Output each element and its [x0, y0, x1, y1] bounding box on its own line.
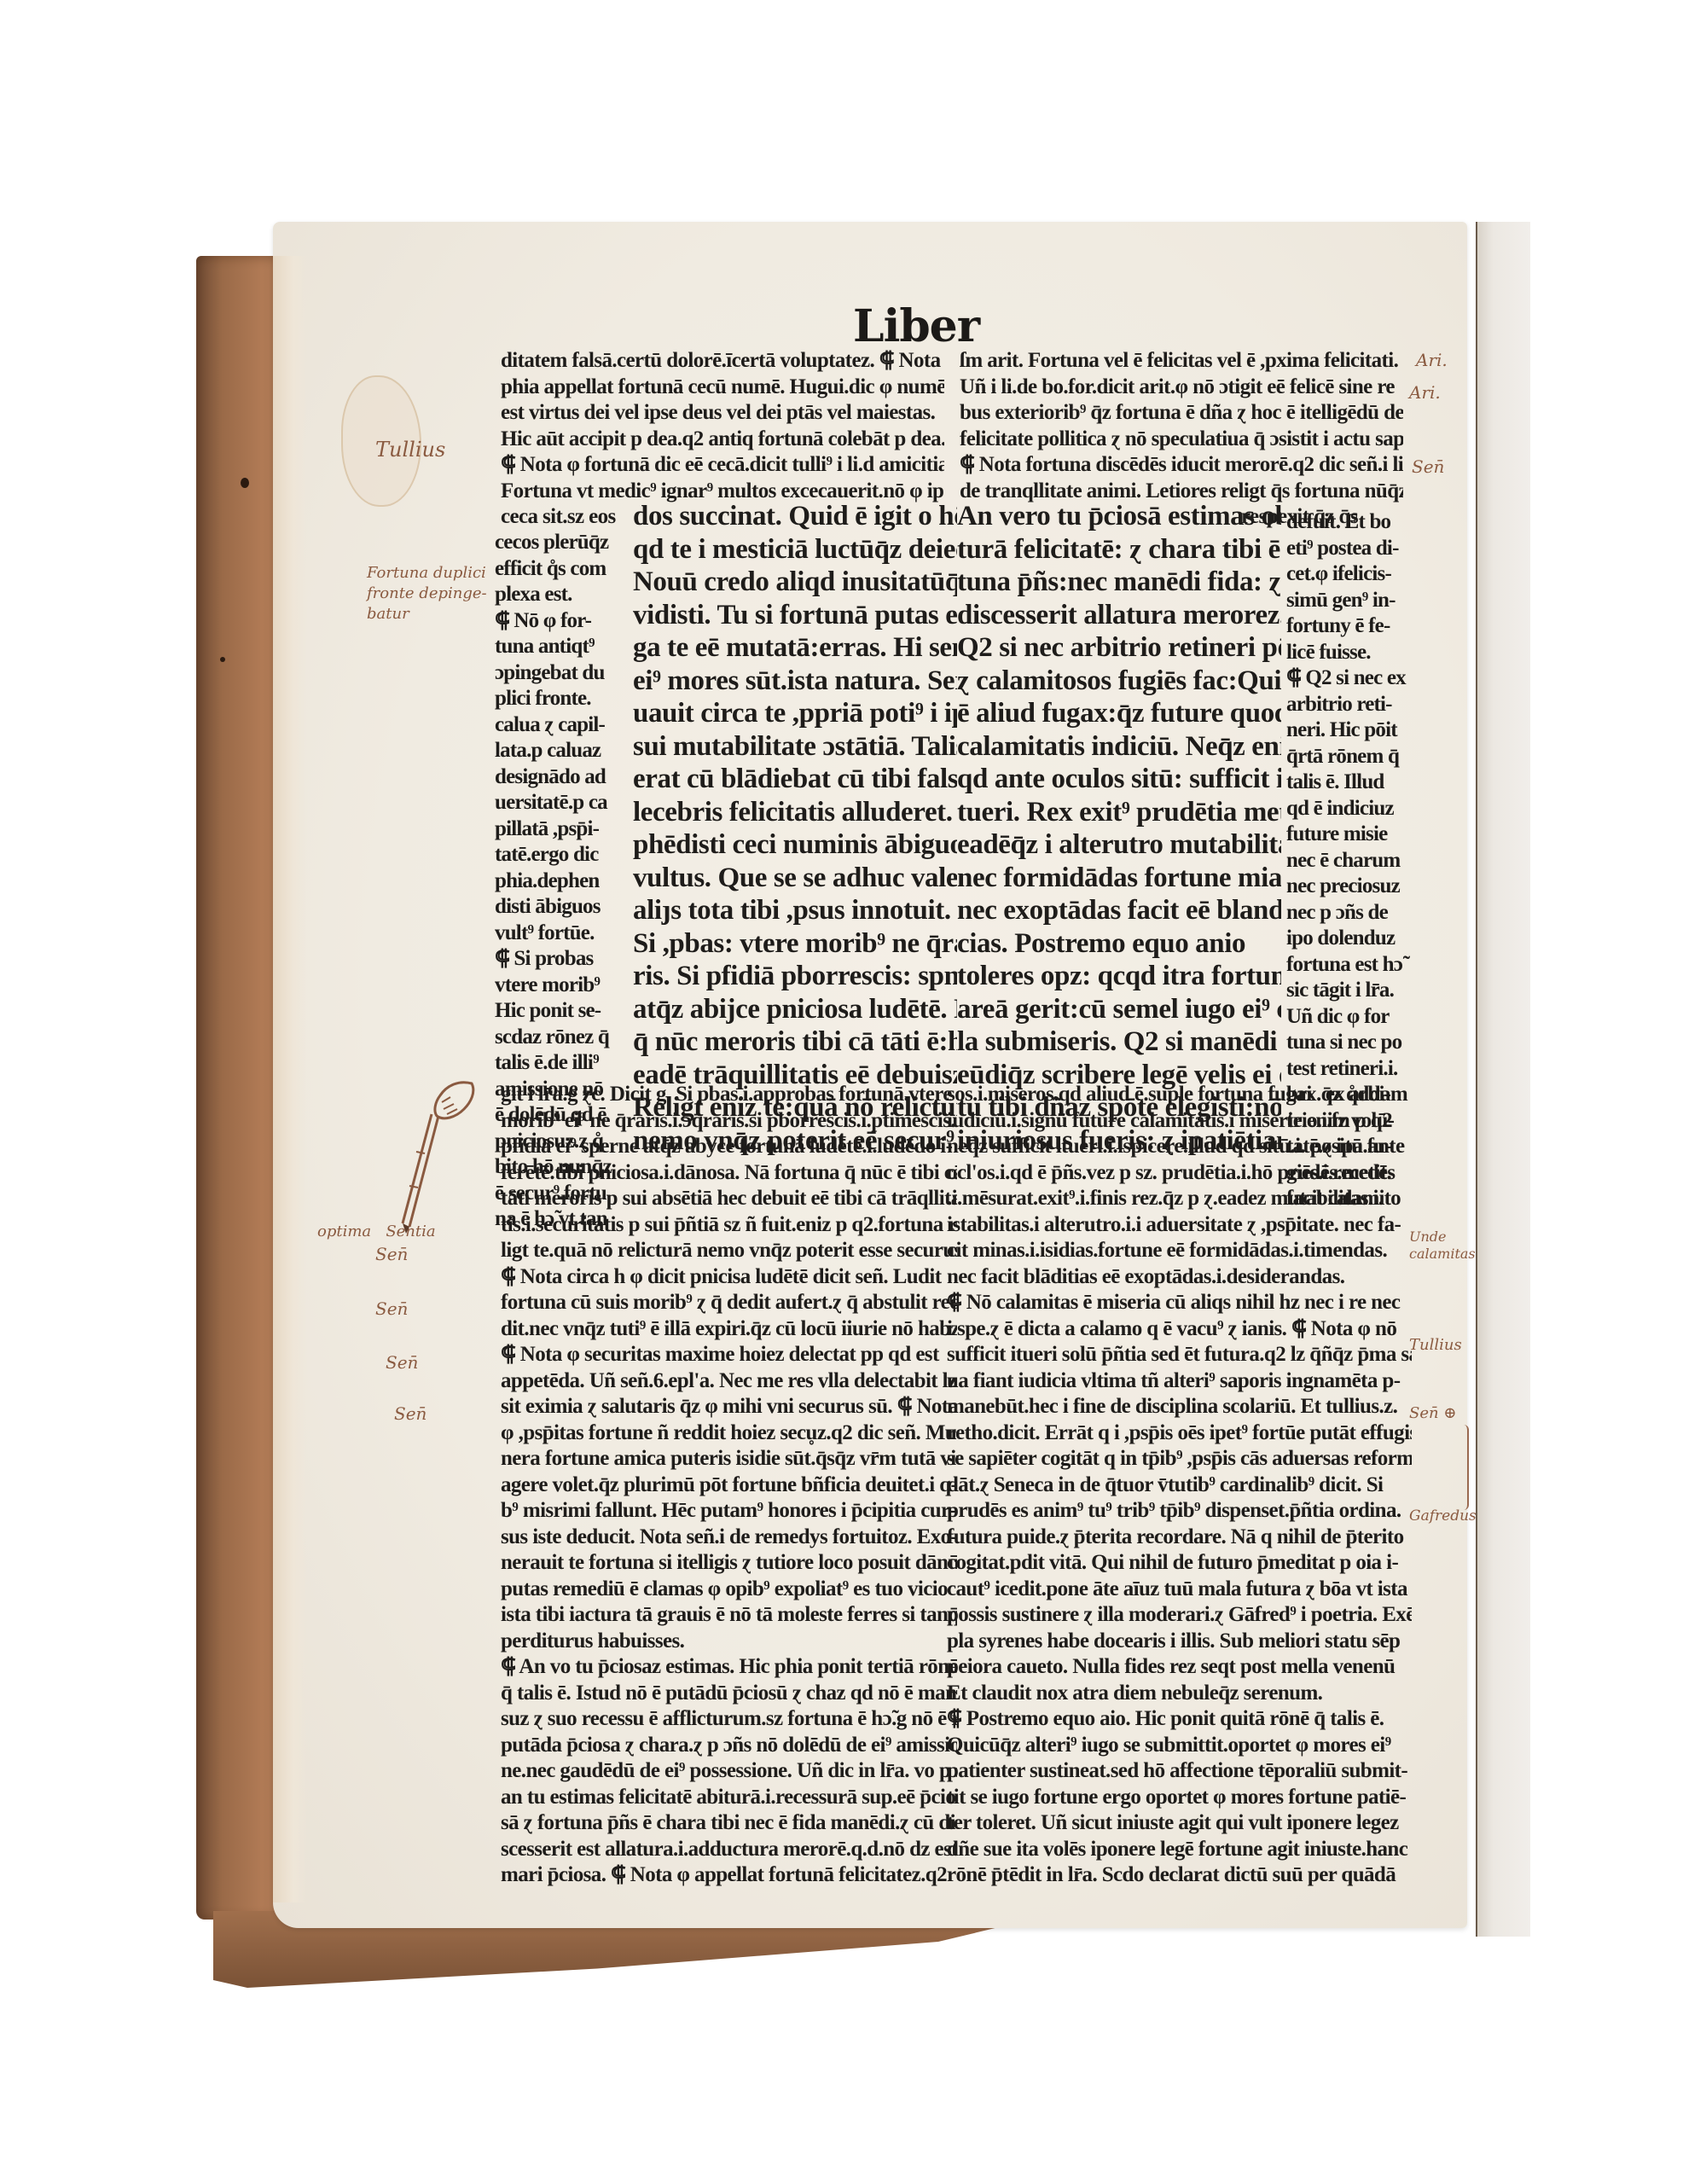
text-line: sā ɀ fortuna p̄ñs ē chara tibi nec ē fid…: [501, 1810, 957, 1837]
text-line: agere volet.q̄z plurimū pōt fortune bñfi…: [501, 1472, 957, 1499]
text-line: dñe sue ita volēs iponere legē fortune a…: [947, 1837, 1412, 1863]
text-line: neq̄z sufficit itueri.i.ispicere.illud q…: [947, 1134, 1412, 1160]
text-line: Uñ i li.de bo.for.dicit arit.φ nō ɔtigit…: [960, 375, 1403, 401]
marginal-bracket: [1460, 1425, 1469, 1510]
text-line: efficit q̊s com: [495, 556, 623, 583]
text-line: tueri. Rex exit⁹ prudētia metit: [957, 796, 1281, 829]
text-line: neri. Hic pōit: [1286, 717, 1414, 744]
bottom-commentary-left: git i lr̄a.g ɀc. Dicit g. Si pbas.i.appr…: [501, 1082, 957, 1889]
marginal-note-unde-calamitas: Unde calamitas: [1409, 1228, 1476, 1263]
text-line: la submiseris. Q2 si manēdi ab: [957, 1025, 1281, 1059]
text-line: ē aliud fugax:q̄z future quoddā: [957, 697, 1281, 730]
text-line: ⸿ Nota fortuna discēdēs iducit merorē.q2…: [960, 452, 1403, 479]
text-line: an tu estimas felicitatē abiturā.i.reces…: [501, 1785, 957, 1811]
text-line: qd te i mesticiā luctūq̄z deiecit.: [633, 533, 957, 566]
running-head: Liber: [853, 300, 1024, 352]
text-line: disti ābiguos: [495, 894, 623, 921]
text-line: talis ē. Illud: [1286, 770, 1414, 796]
text-line: An vero tu p̄ciosā estimas obi: [957, 500, 1281, 533]
text-line: .i.mēsurat.exit⁹.i.finis rez.q̄z p ɀ.ead…: [947, 1186, 1412, 1212]
text-line: Quicūq̄z alteri⁹ iugo se submittit.oport…: [947, 1733, 1412, 1759]
marginal-note-fortuna: Fortuna duplici fronte depinge- batur: [367, 563, 487, 624]
text-line: q̄ talis ē. Istud nō ē putādū p̄ciosū ɀ …: [501, 1681, 957, 1707]
text-line: nec preciosuz: [1286, 874, 1414, 900]
text-line: fortuna est hɔ̃: [1286, 952, 1414, 979]
text-line: scesserit est allatura.i.adductura meror…: [501, 1837, 957, 1863]
marginal-note-aristotle: Ari.: [1416, 350, 1448, 370]
text-line: φ ,psp̄itas fortune ñ reddit hoiez secu̥…: [501, 1420, 957, 1447]
text-line: b⁹ misrimi fallunt. Hēc putam⁹ honores i…: [501, 1498, 957, 1525]
text-line: tatē.ergo dic: [495, 842, 623, 868]
text-line: atq̄z abijce pniciosa ludētē. Nā: [633, 993, 957, 1026]
text-line: ei⁹ mores sūt.ista natura. Ser: [633, 665, 957, 698]
text-line: ⸿ Nota circa h φ dicit pnicisa ludētē di…: [501, 1264, 957, 1291]
text-line: manebūt.hec i fine de disciplina scolari…: [947, 1394, 1412, 1420]
text-line: Et claudit nox atra diem nebuleq̄z seren…: [947, 1681, 1412, 1707]
text-line: nec facit blāditias eē exoptādas.i.desid…: [947, 1264, 1412, 1291]
text-line: sit eximia ɀ salutaris q̄z φ mihi vni se…: [501, 1394, 957, 1420]
text-line: eti⁹ postea di-: [1286, 536, 1414, 562]
text-line: calua ɀ capil-: [495, 712, 623, 739]
text-line: Q2 si nec arbitrio retineri pōt: [957, 631, 1281, 665]
text-line: ne.nec gaudēdū de ei⁹ possessione. Uñ di…: [501, 1758, 957, 1785]
text-line: cit minas.i.isidias.fortune eē formidāda…: [947, 1238, 1412, 1264]
text-line: prudēs es anim⁹ tu⁹ trib⁹ tp̄ib⁹ dispens…: [947, 1498, 1412, 1525]
text-line: erat cū blādiebat cū tibi false il: [633, 763, 957, 796]
text-line: ⸿ Nō calamitas ē miseria cū aliqs nihil …: [947, 1290, 1412, 1316]
text-line: istabilitas.i alterutro.i.i aduersitate …: [947, 1212, 1412, 1239]
text-line: vult⁹ fortūe.: [495, 921, 623, 947]
text-line: fortuna cū suis morib⁹ ɀ q̄ dedit aufert…: [501, 1290, 957, 1316]
text-line: sic tāgit i lr̄a.: [1286, 978, 1414, 1004]
text-line: ista tibi iactura tā grauis ē nō tā mole…: [501, 1602, 957, 1629]
wormhole: [241, 478, 249, 488]
text-line: tuna si nec po: [1286, 1030, 1414, 1056]
text-line: ⸿ Si probas: [495, 946, 623, 973]
text-line: cogitat.pdit vitā. Qui nihil de futuro p…: [947, 1550, 1412, 1577]
text-line: q̄rtā rōnem q̄: [1286, 744, 1414, 770]
text-line: phia.dephen: [495, 868, 623, 895]
text-line: vultus. Que se se adhuc valeat: [633, 862, 957, 895]
text-line: tit se iugo fortune ergo oportet φ mores…: [947, 1785, 1412, 1811]
text-line: ⸿ Postremo equo aio. Hic ponit quitā rōn…: [947, 1706, 1412, 1733]
text-line: ter toleret. Uñ sicut iniuste agit qui v…: [947, 1810, 1412, 1837]
marginal-note-seneca: Sen̄: [394, 1403, 426, 1424]
text-line: scdaz rōnez q̄: [495, 1025, 623, 1051]
text-line: ris. Si pfidiā pborrescis: spne: [633, 960, 957, 993]
text-line: pillatā ,psp̄i-: [495, 816, 623, 843]
text-line: vidisti. Tu si fortunā putas er: [633, 599, 957, 632]
text-line: tuna antiqt⁹: [495, 634, 623, 660]
text-line: test retineri.i.: [1286, 1056, 1414, 1083]
text-line: defuit. Et bo: [1286, 509, 1414, 536]
text-line: suz ɀ suo recessu ē afflicturum.sz fortu…: [501, 1706, 957, 1733]
leaf-gutter-shadow: [273, 256, 307, 1902]
text-line: peiora caueto. Nulla fides rez seqt post…: [947, 1654, 1412, 1681]
text-line: qd ante oculos sitū: sufficit in-: [957, 763, 1281, 796]
text-line: nec formidādas fortune mias: [957, 862, 1281, 895]
text-line: ⸿ Nō φ for-: [495, 608, 623, 635]
text-line: nec exoptādas facit eē blandi-: [957, 894, 1281, 927]
text-line: lecebris felicitatis alluderet. de-: [633, 796, 957, 829]
text-line: putas remediū ē clamas φ opib⁹ expoliat⁹…: [501, 1577, 957, 1603]
marginal-note-tullius: Tullius: [1409, 1335, 1462, 1356]
text-line: talis ē.de illi⁹: [495, 1050, 623, 1077]
text-line: iudiciū.i.signū future calamitatis.i mis…: [947, 1108, 1412, 1135]
text-line: plici fronte.: [495, 686, 623, 712]
text-line: se sapiēter cogitāt q in tp̄ib⁹ ,psp̄is …: [947, 1446, 1412, 1472]
text-line: nec p ɔñs de: [1286, 900, 1414, 926]
text-line: git i lr̄a.g ɀc. Dicit g. Si pbas.i.appr…: [501, 1082, 957, 1108]
text-line: mari p̄ciosa. ⸿ Nota φ appellat fortunā …: [501, 1862, 957, 1889]
marginal-note-aristotle: Ari.: [1409, 382, 1441, 403]
text-line: designādo ad: [495, 764, 623, 791]
text-line: phēdisti ceci numinis ābiguos: [633, 828, 957, 862]
text-line: Si ,pbas: vtere morib⁹ ne q̄ra-: [633, 927, 957, 961]
text-line: lata.p caluaz: [495, 738, 623, 764]
text-line: retho.dicit. Errāt q i ,psp̄is oēs ipet⁹…: [947, 1420, 1412, 1447]
text-line: ferētē.tibi pniciosa.i.dānosa. Nā fortun…: [501, 1160, 957, 1187]
text-line: discesserit allatura merorez.: [957, 599, 1281, 632]
text-line: appetēda. Uñ señ.6.epl'a. Nec me res vll…: [501, 1368, 957, 1395]
marginal-note-seneca: Sen̄: [1412, 456, 1444, 477]
marginal-note-seneca: Sen̄: [386, 1352, 418, 1373]
text-line: plexa est.: [495, 582, 623, 608]
text-line: ɔpingebat du: [495, 660, 623, 687]
text-line: ⸿ Q2 si nec ex: [1286, 665, 1414, 692]
text-line: dāt.ɀ Seneca in de q̄tuor v̄tutib⁹ cardi…: [947, 1472, 1412, 1499]
main-text-left: dos succinat. Quid ē igit o hō qd te i m…: [633, 500, 957, 1157]
text-line: tāti meroris p sui absētiā hec debuit eē…: [501, 1186, 957, 1212]
text-line: calamitatis indiciū. Neq̄z eniz: [957, 730, 1281, 764]
text-line: areā gerit:cū semel iugo ei⁹ col: [957, 993, 1281, 1026]
next-leaf-edge: [1476, 222, 1530, 1937]
text-line: rōnē p̄tēdit in lr̄a. Scdo declarat dict…: [947, 1862, 1412, 1889]
text-line: Uñ dic φ for: [1286, 1004, 1414, 1031]
text-line: ua fiant iudicia vltima tñ alteri⁹ sapor…: [947, 1368, 1412, 1395]
text-line: est virtus dei vel ipse deus vel dei ptā…: [501, 400, 944, 427]
text-line: simū gen⁹ in-: [1286, 588, 1414, 614]
text-line: ga te eē mutatā:erras. Hi semp: [633, 631, 957, 665]
text-line: arbitrio reti-: [1286, 692, 1414, 718]
text-line: uauit circa te ,ppriā poti⁹ i ipsa: [633, 697, 957, 730]
text-line: tuna p̄ñs:nec manēdi fida: ɀ cū: [957, 566, 1281, 599]
text-line: dit.nec vnq̄z tuti⁹ ē illā expiri.q̄z cū…: [501, 1316, 957, 1343]
text-line: ɀ calamitosos fugiēs fac:Quid: [957, 665, 1281, 698]
marginal-note-gafredus: Gafredus: [1409, 1506, 1477, 1526]
marginal-note-seneca: Sen̄: [375, 1298, 408, 1319]
text-line: eadēq̄z i alterutro mutabilitas: [957, 828, 1281, 862]
text-line: ocl'os.i.qd ē p̄ñs.vez p sz. prudētia.i.…: [947, 1160, 1412, 1187]
text-line: uersitatē.p ca: [495, 790, 623, 816]
text-line: nec ē charum: [1286, 848, 1414, 874]
text-line: sui mutabilitate ɔstātiā. Talis: [633, 730, 957, 764]
text-line: i spe.ɀ ē dicta a calamo q ē vacu⁹ ɀ ian…: [947, 1316, 1412, 1343]
text-line: Hic aūt accipit p dea.q2 antiq fortunā c…: [501, 427, 944, 453]
text-line: ⸿ Nota φ securitas maxime hoiez delectat…: [501, 1342, 957, 1368]
text-line: Nouū credo aliqd inusitatūq̄z: [633, 566, 957, 599]
bottom-commentary-right: sos.i.miseros.qd aliud ē.suple fortuna f…: [947, 1082, 1412, 1889]
text-line: cet.φ ifelicis-: [1286, 561, 1414, 588]
text-line: pfidiā ei⁹ sperne atq̄z abyce fortunā lu…: [501, 1134, 957, 1160]
text-line: futura puide.ɀ p̄terita recordare. Nā q …: [947, 1525, 1412, 1551]
marginal-note-seneca: Sen̄: [375, 1244, 408, 1264]
text-line: felicitate pollitica ɀ nō speculatiua q̄…: [960, 427, 1403, 453]
text-line: ditatem falsā.certū dolorē.īcertā volupt…: [501, 348, 944, 375]
text-line: ipo dolenduz: [1286, 926, 1414, 952]
text-line: nerauit te fortuna si itelligis ɀ tutior…: [501, 1550, 957, 1577]
text-line: perditurus habuisses.: [501, 1629, 957, 1655]
text-line: tis.i.securitatis p sui p̄ñtiā sz ñ fuit…: [501, 1212, 957, 1239]
text-line: possis sustinere ɀ illa moderari.ɀ Gāfre…: [947, 1602, 1412, 1629]
text-line: caut⁹ icedit.pone āte aīuz tuū mala futu…: [947, 1577, 1412, 1603]
text-line: ſm arit. Fortuna vel ē felicitas vel ē ,…: [960, 348, 1403, 375]
manicule-pointing-hand-icon: [391, 1077, 485, 1239]
text-line: turā felicitatē: ɀ chara tibi ē for: [957, 533, 1281, 566]
text-line: morib⁹ ei⁹ ne q̄raris.i.ɔq̄raris.si pbor…: [501, 1108, 957, 1135]
text-line: aliȷs tota tibi ,psus innotuit.: [633, 894, 957, 927]
text-line: ligt te.quā nō relicturā nemo vnq̄z pote…: [501, 1238, 957, 1264]
text-line: fortuny ē fe-: [1286, 613, 1414, 640]
text-line: toleres opz: qcqd itra fortune: [957, 960, 1281, 993]
marginal-note-tullius: Tullius: [375, 439, 445, 460]
text-line: cecos plerūq̄z: [495, 530, 623, 556]
text-line: sus iste deducit. Nota señ.i de remedys …: [501, 1525, 957, 1551]
marginal-note-seneca-cross: Sen̄ ⊕: [1409, 1403, 1456, 1424]
text-line: sufficit itueri solū p̄ñtia sed ēt futur…: [947, 1342, 1412, 1368]
text-line: nera fortune amica puteris isidie sūt.q̄…: [501, 1446, 957, 1472]
text-line: future misie: [1286, 822, 1414, 848]
main-text-right: An vero tu p̄ciosā estimas obi turā feli…: [957, 500, 1281, 1157]
text-line: bus exteriorib⁹ q̄z fortuna ē dña ɀ hoc …: [960, 400, 1403, 427]
text-line: q̄ nūc meroris tibi cā tāti ē:hec: [633, 1025, 957, 1059]
text-line: licē fuisse.: [1286, 640, 1414, 666]
text-line: pla syrenes habe docearis i illis. Sub m…: [947, 1629, 1412, 1655]
text-line: qd ē indiciuz: [1286, 796, 1414, 822]
text-line: phia appellat fortunā cecū numē. Hugui.d…: [501, 375, 944, 401]
text-line: patienter sustineat.sed hō affectione tē…: [947, 1758, 1412, 1785]
text-line: sos.i.miseros.qd aliud ē.suple fortuna f…: [947, 1082, 1412, 1108]
text-line: cias. Postremo equo anio: [957, 927, 1281, 961]
text-line: ⸿ Nota φ fortunā dic eē cecā.dicit tulli…: [501, 452, 944, 479]
text-line: Hic ponit se-: [495, 998, 623, 1025]
text-line: putāda p̄ciosa ɀ chara.ɀ p ɔñs nō dolēdū…: [501, 1733, 957, 1759]
text-line: vtere morib⁹: [495, 973, 623, 999]
wormhole: [220, 657, 225, 662]
text-line: dos succinat. Quid ē igit o hō: [633, 500, 957, 533]
text-line: ⸿ An vo tu p̄ciosaz estimas. Hic phia po…: [501, 1654, 957, 1681]
